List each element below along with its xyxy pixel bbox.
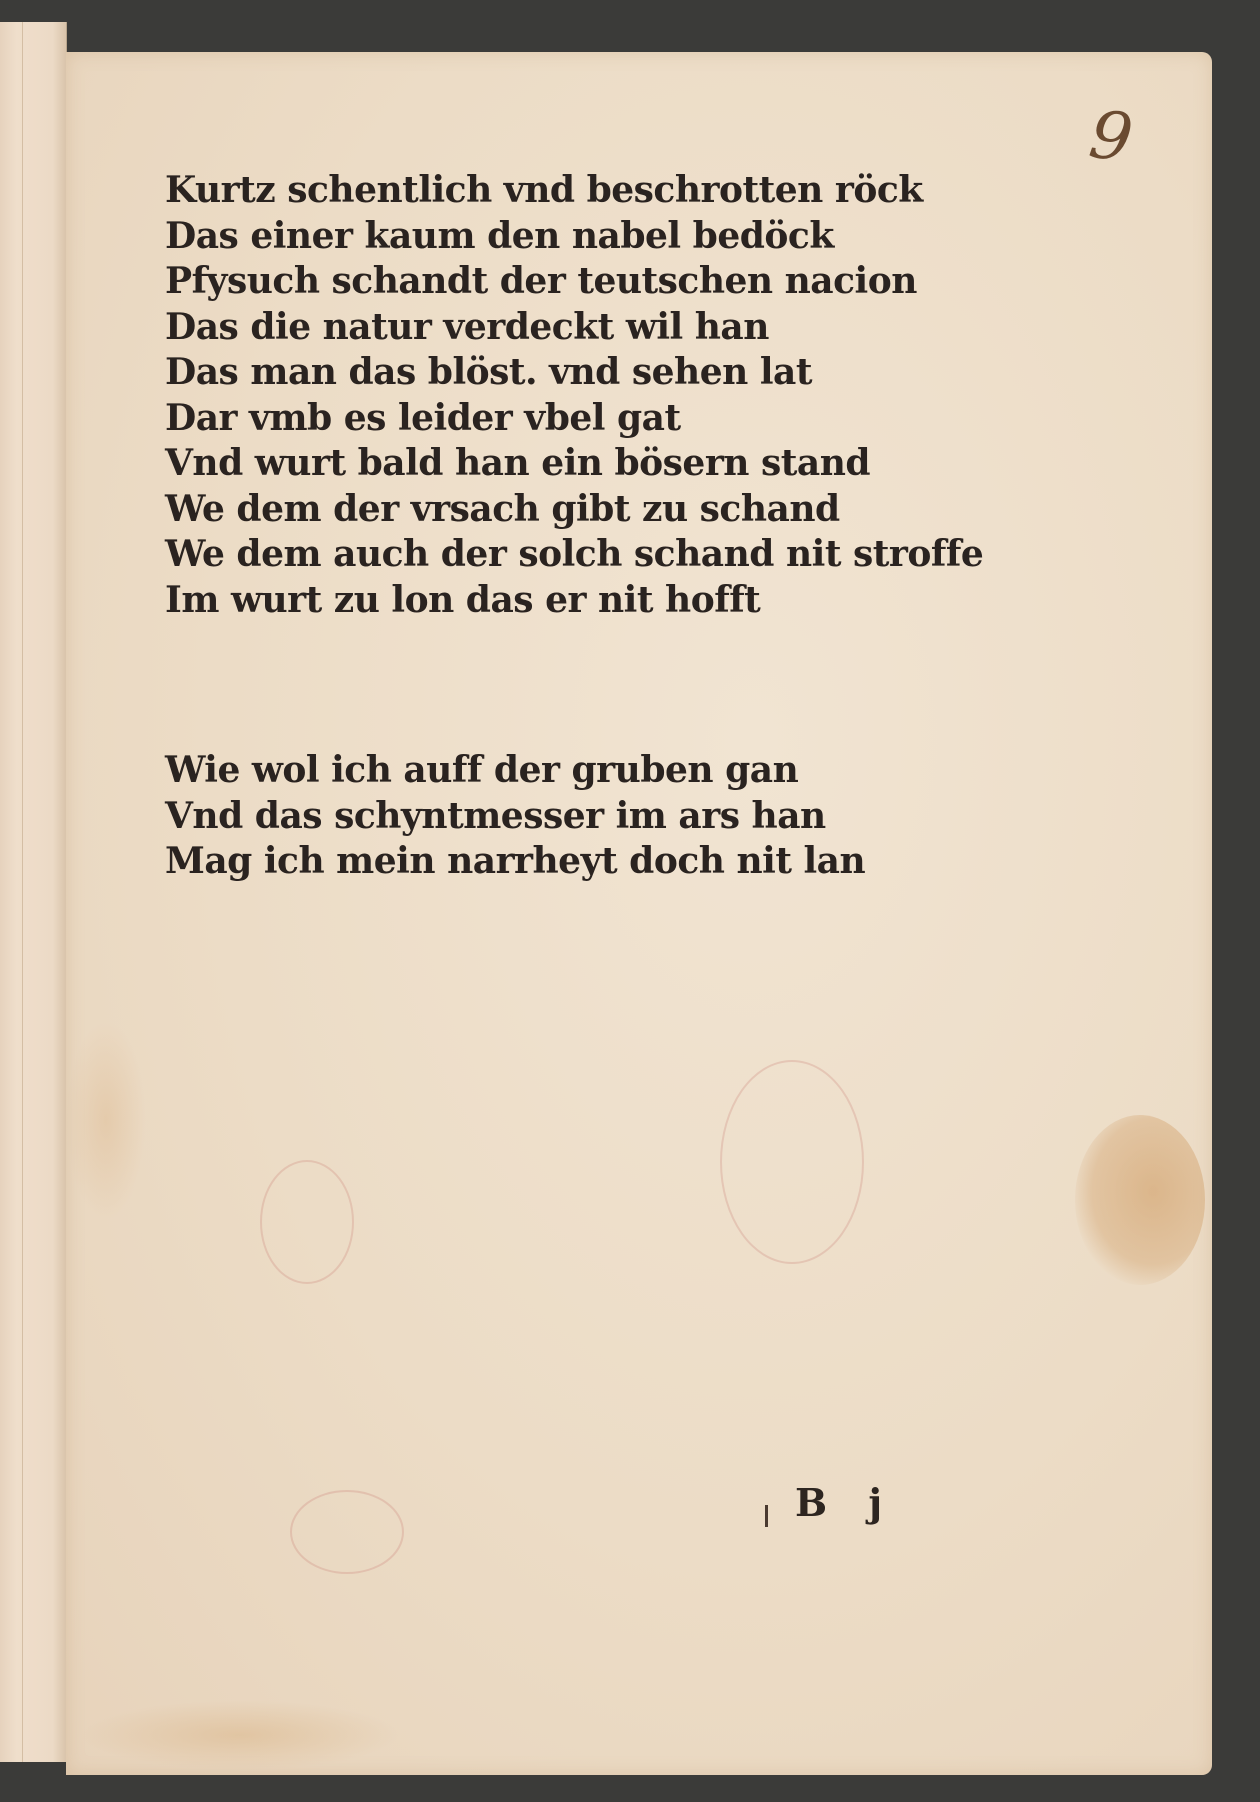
verse-line: Kurtz schentlich vnd beschrotten röck (165, 168, 983, 214)
offset-red-mark (720, 1060, 864, 1264)
water-stain (1075, 1115, 1205, 1285)
offset-red-mark (260, 1160, 354, 1284)
verse-line: Das einer kaum den nabel bedöck (165, 214, 983, 260)
verse-line: Dar vmb es leider vbel gat (165, 396, 983, 442)
stanza-2-motto: Wie wol ich auff der gruben gan Vnd das … (165, 748, 865, 885)
verse-line: Mag ich mein narrheyt doch nit lan (165, 839, 865, 885)
verse-line: Pfysuch schandt der teutschen nacion (165, 259, 983, 305)
verse-line: Das man das blöst. vnd sehen lat (165, 350, 983, 396)
verse-line: Wie wol ich auff der gruben gan (165, 748, 865, 794)
verse-line: We dem der vrsach gibt zu schand (165, 487, 983, 533)
signature-mark: B j (795, 1480, 896, 1525)
stanza-1: Kurtz schentlich vnd beschrotten röck Da… (165, 168, 983, 623)
printer-mark-tick (765, 1505, 768, 1527)
water-stain (66, 1020, 146, 1220)
verse-line: Das die natur verdeckt wil han (165, 305, 983, 351)
water-stain (80, 1700, 400, 1770)
verse-line: We dem auch der solch schand nit stroffe (165, 532, 983, 578)
verse-line: Vnd das schyntmesser im ars han (165, 794, 865, 840)
verse-line: Vnd wurt bald han ein bösern stand (165, 441, 983, 487)
verse-line: Im wurt zu lon das er nit hofft (165, 578, 983, 624)
offset-red-mark (290, 1490, 404, 1574)
binding-gutter (0, 22, 67, 1762)
binding-fold (22, 22, 63, 1762)
